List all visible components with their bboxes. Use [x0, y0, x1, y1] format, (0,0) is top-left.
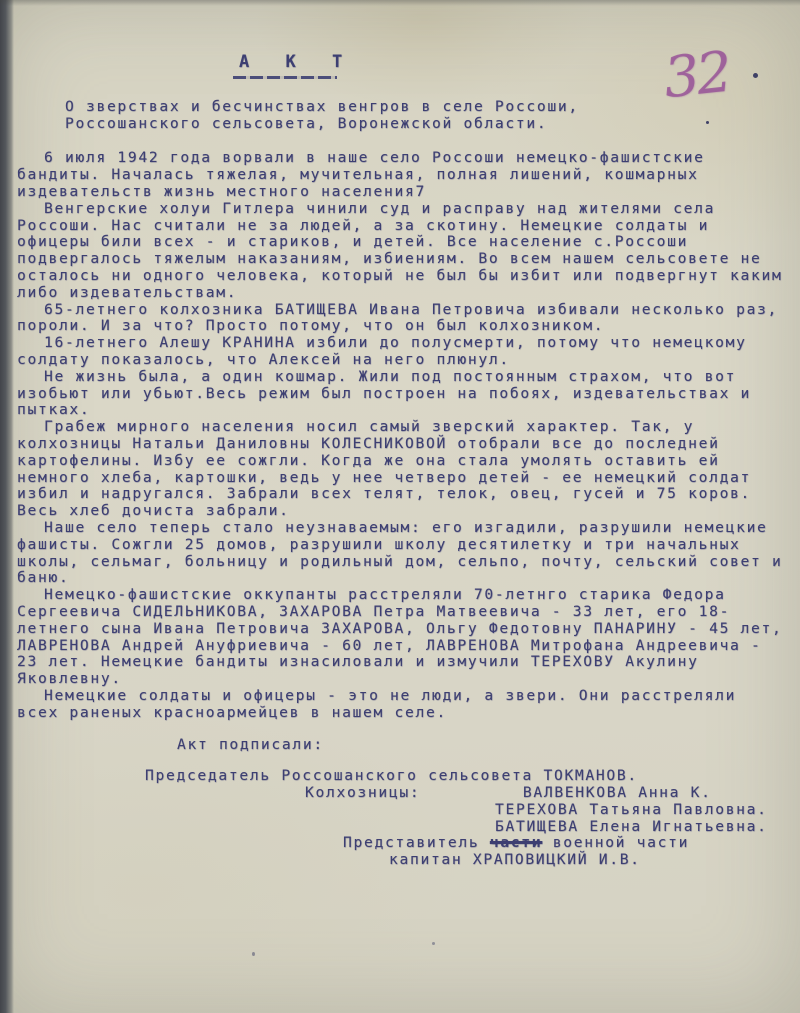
subtitle-line-2: Россошанского сельсовета, Воронежской об…	[65, 116, 787, 133]
representative-prefix: Представитель	[343, 834, 479, 851]
title-underline	[233, 76, 337, 79]
signature-name: БАТИЩЕВА Елена Игнатьевна.	[495, 819, 787, 836]
paragraph: Не жизнь была, а один кошмар. Жили под п…	[17, 369, 787, 419]
ink-speck	[432, 942, 435, 945]
subtitle-line-1: О зверствах и бесчинствах венгров в селе…	[65, 99, 787, 116]
scan-left-edge	[0, 0, 14, 1013]
paragraph: Наше село теперь стало неузнаваемым: его…	[17, 520, 787, 587]
document-title-block: А К Т	[239, 54, 355, 79]
representative-suffix: военной части	[553, 834, 689, 851]
signature-captain: капитан ХРАПОВИЦКИЙ И.В.	[389, 852, 787, 869]
kolkhoznitsy-label: Колхозницы:	[305, 784, 420, 801]
ink-speck	[252, 952, 255, 956]
paragraph: Немецко-фашистские оккупанты расстреляли…	[17, 587, 787, 688]
representative-struck-word: части	[490, 834, 542, 851]
paragraph: 16-летнего Алешу КРАНИНА избили до полус…	[17, 335, 787, 369]
signature-representative: Представитель части военной части	[343, 835, 787, 852]
signature-name: ТЕРЕХОВА Татьяна Павловна.	[495, 802, 787, 819]
scan-top-edge	[0, 0, 800, 6]
document-subtitle: О зверствах и бесчинствах венгров в селе…	[65, 99, 787, 133]
signature-chairman: Председатель Россошанского сельсовета ТО…	[145, 768, 787, 785]
typewritten-content: А К Т О зверствах и бесчинствах венгров …	[17, 54, 787, 869]
document-scan: 32 А К Т О зверствах и бесчинствах венгр…	[0, 0, 800, 1013]
document-body: 6 июля 1942 года ворвали в наше село Рос…	[17, 150, 787, 721]
signature-kolkhoznitsy-row: Колхозницы: ВАЛВЕНКОВА Анна К.	[17, 785, 787, 802]
signatures-intro: Акт подписали:	[177, 737, 787, 754]
signature-name: ВАЛВЕНКОВА Анна К.	[523, 784, 712, 801]
document-title: А К Т	[239, 54, 355, 71]
paragraph: Грабеж мирного населения носил самый зве…	[17, 419, 787, 520]
paragraph: 6 июля 1942 года ворвали в наше село Рос…	[17, 150, 787, 200]
signature-block: Акт подписали: Председатель Россошанског…	[17, 737, 787, 869]
paragraph: Немецкие солдаты и офицеры - это не люди…	[17, 688, 787, 722]
paragraph: 65-летнего колхозника БАТИЩЕВА Ивана Пет…	[17, 302, 787, 336]
paragraph: Венгерские холуи Гитлера чинили суд и ра…	[17, 201, 787, 302]
